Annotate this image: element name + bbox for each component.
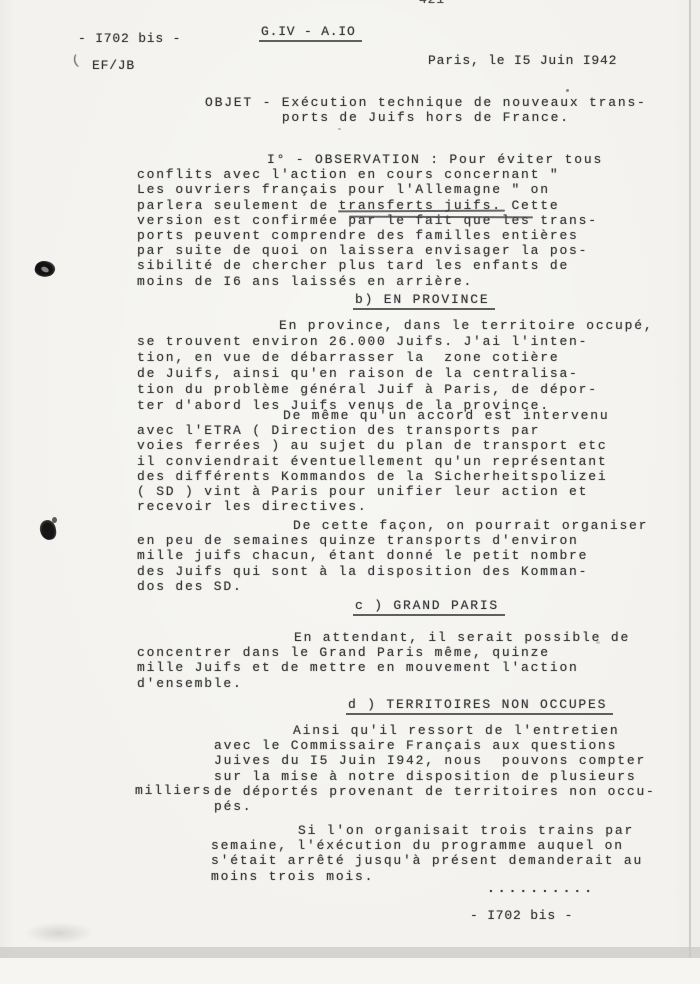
dateline: Paris, le I5 Juin I942 bbox=[428, 53, 617, 68]
scan-bottom-margin bbox=[0, 958, 700, 984]
paragraph-grand-paris: En attendant, il serait possible de conc… bbox=[137, 630, 677, 691]
subject-line: OBJET - Exécution technique de nouveaux … bbox=[205, 95, 675, 125]
partial-page-number: 421 bbox=[419, 0, 445, 7]
ink-speck bbox=[596, 641, 600, 644]
ink-speck bbox=[566, 89, 569, 92]
reference-number-top: - I702 bis - bbox=[78, 31, 181, 46]
scanned-document-page: 421 - I702 bis - ( EF/JB G.IV - A.IO Par… bbox=[0, 0, 700, 984]
paragraph-trois-trains: Si l'on organisait trois trains par sema… bbox=[211, 823, 691, 884]
classification-code: G.IV - A.IO bbox=[259, 24, 362, 42]
ink-speck bbox=[338, 128, 341, 130]
paragraph-observation: I° - OBSERVATION : Pour éviter tous conf… bbox=[137, 152, 657, 289]
stray-pen-mark: ( bbox=[71, 52, 84, 69]
scan-smudge bbox=[24, 922, 94, 944]
margin-note-milliers: milliers bbox=[135, 783, 212, 798]
heading-en-province: b) EN PROVINCE bbox=[353, 292, 495, 310]
paragraph-accord-etra: De même qu'un accord est intervenu avec … bbox=[137, 408, 682, 514]
scan-edge-band bbox=[0, 947, 700, 958]
paragraph-organisation-transports: De cette façon, on pourrait organiser en… bbox=[137, 518, 677, 594]
heading-territoires-non-occupes: d ) TERRITOIRES NON OCCUPES bbox=[346, 697, 613, 715]
heading-grand-paris: c ) GRAND PARIS bbox=[353, 598, 505, 616]
reference-number-bottom: - I702 bis - bbox=[470, 908, 573, 923]
scan-edge-line bbox=[689, 0, 691, 958]
paragraph-province: En province, dans le territoire occupé, … bbox=[137, 318, 677, 414]
typist-initials: EF/JB bbox=[92, 58, 135, 73]
ink-blot-tail bbox=[52, 517, 57, 523]
dotted-line: .......... bbox=[487, 881, 595, 896]
paragraph-territoires: Ainsi qu'il ressort de l'entretien avec … bbox=[214, 723, 694, 814]
